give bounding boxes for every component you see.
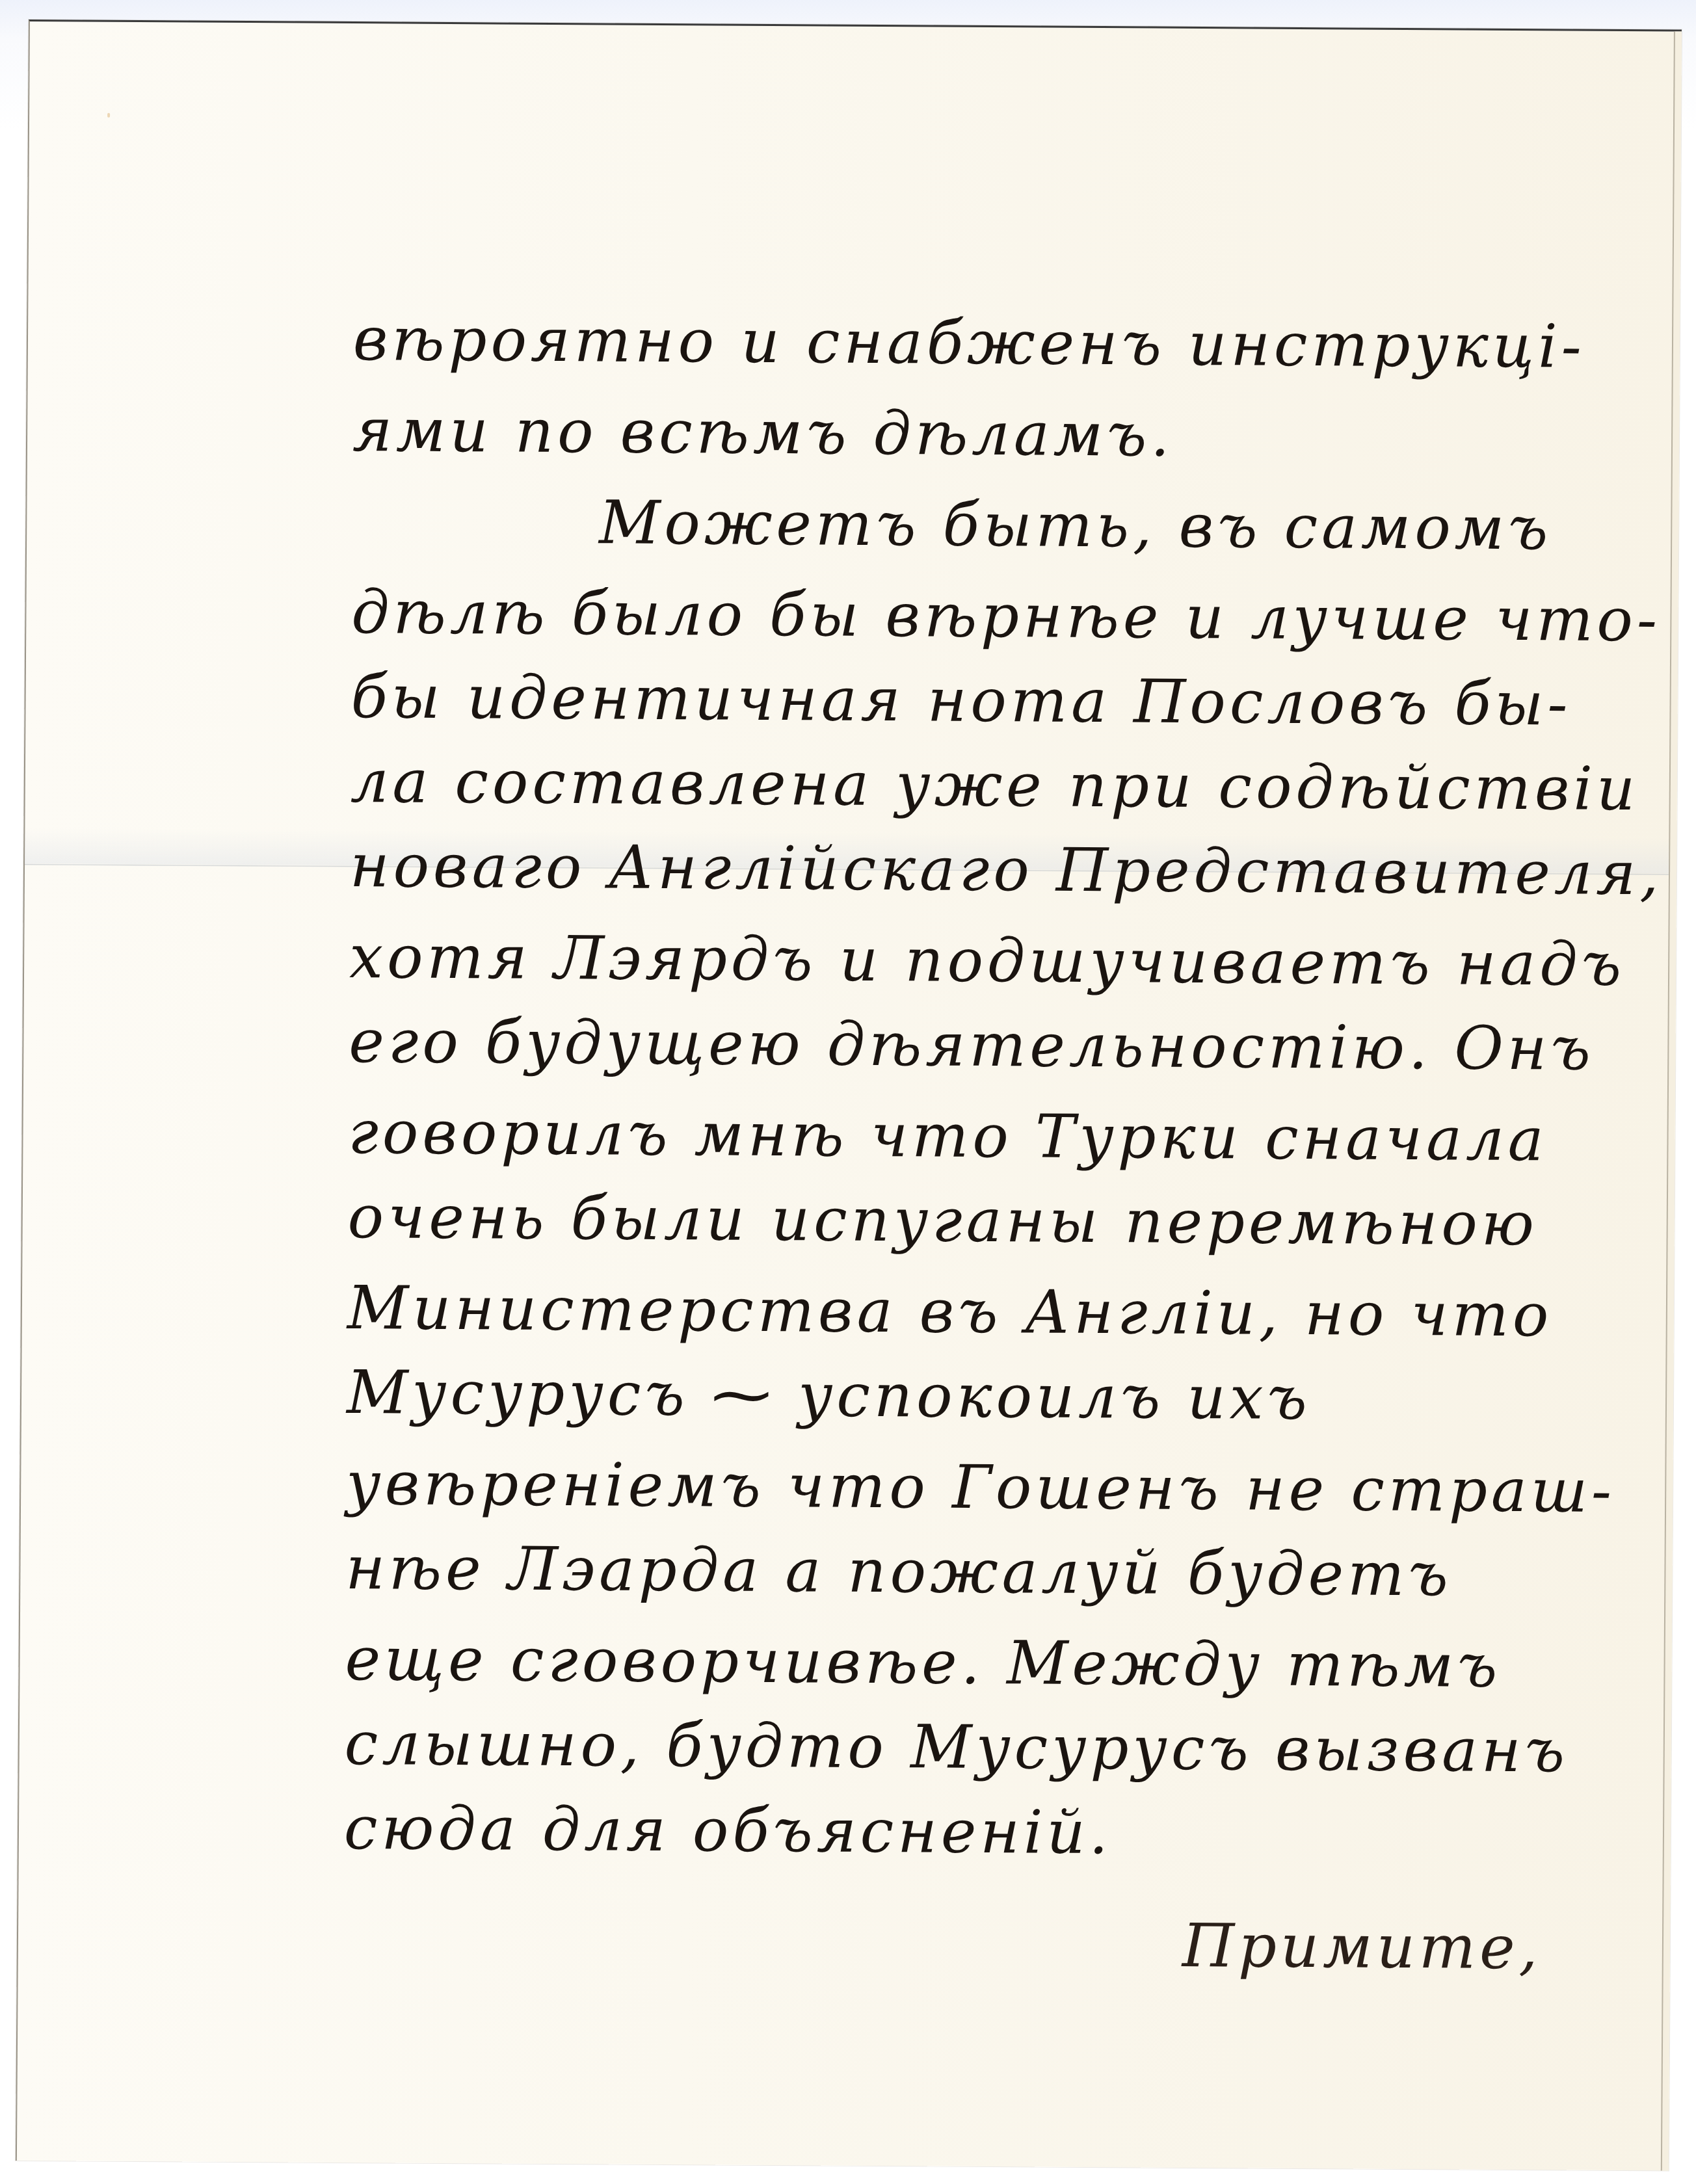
letter-line-14: увѣреніемъ что Гошенъ не страш-	[346, 1454, 1615, 1521]
letter-line-8: хотя Лэярдъ и подшучиваетъ надъ	[349, 927, 1625, 995]
letter-line-4: дѣлѣ было бы вѣрнѣе и лучше что-	[351, 583, 1661, 650]
letter-body: вѣроятно и снабженъ инструкці- ями по вс…	[17, 21, 1682, 2170]
letter-line-2: ями по всѣмъ дѣламъ.	[352, 401, 1174, 466]
letter-line-10: говорилъ мнѣ что Турки сначала	[348, 1103, 1548, 1170]
letter-line-9: его будущею дѣятельностію. Онъ	[349, 1012, 1595, 1079]
letter-line-17: слышно, будто Мусурусъ вызванъ	[345, 1714, 1569, 1781]
letter-page: вѣроятно и снабженъ инструкці- ями по вс…	[16, 20, 1682, 2170]
letter-closing: Примите,	[1182, 1911, 1542, 1982]
letter-line-18: сюда для объясненій.	[344, 1798, 1112, 1863]
letter-line-15: нѣе Лэарда а пожалуй будетъ	[345, 1538, 1452, 1605]
letter-line-1: вѣроятно и снабженъ инструкці-	[353, 309, 1585, 377]
letter-line-16: еще сговорчивѣе. Между тѣмъ	[345, 1629, 1501, 1696]
letter-line-13: Мусурусъ ⁓ успокоилъ ихъ	[347, 1363, 1311, 1428]
letter-line-11: очень были испуганы перемѣною	[347, 1187, 1538, 1254]
letter-line-7: новаго Англійскаго Представителя,	[350, 836, 1663, 904]
letter-line-12: Министерства въ Англіи, но что	[347, 1278, 1553, 1345]
letter-line-3-paragraph-start: Можетъ быть, въ самомъ	[599, 493, 1552, 559]
letter-line-6: ла составлена уже при содѣйствіи	[351, 752, 1639, 819]
letter-line-5: бы идентичная нота Пословъ бы-	[351, 667, 1571, 734]
